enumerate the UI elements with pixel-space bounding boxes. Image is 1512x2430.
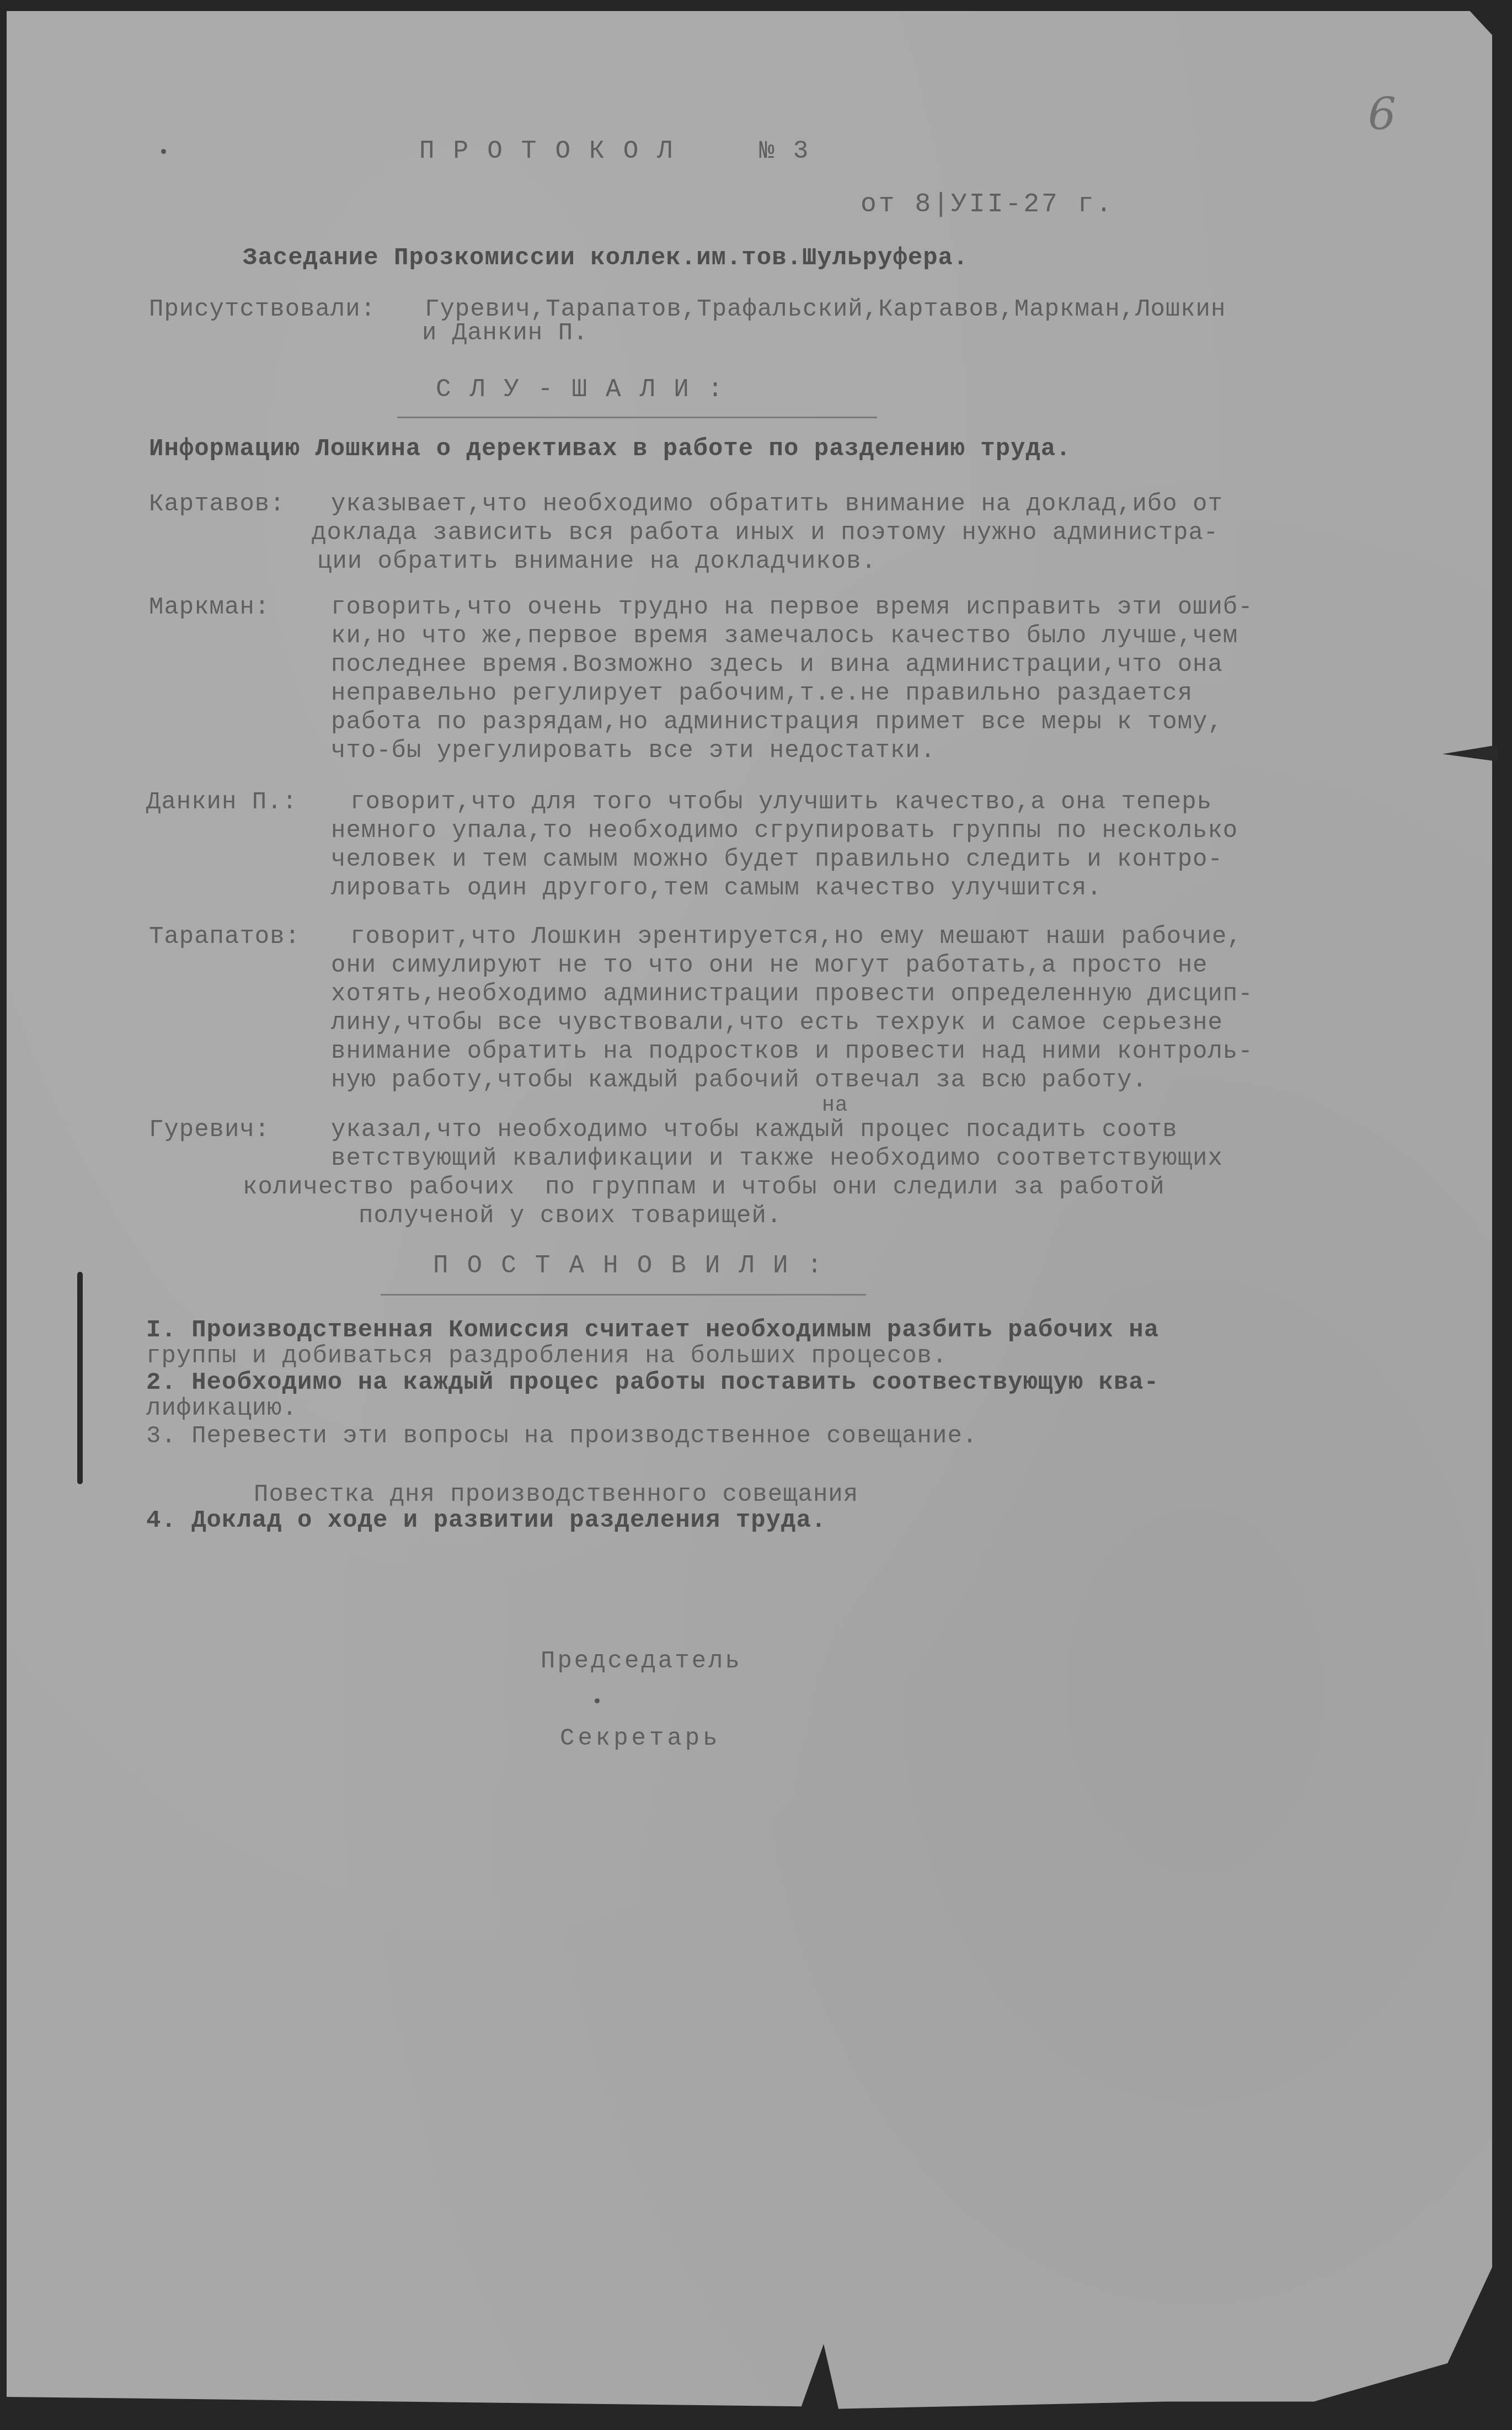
speaker-name: Картавов: (149, 490, 285, 519)
handwritten-page-number: 6 (1368, 88, 1396, 140)
speaker-line: хотять,необходимо администрации провести… (331, 980, 1253, 1009)
document-title: ПРОТОКОЛ №3 (419, 137, 827, 166)
speaker-line: человек и тем самым можно будет правильн… (331, 845, 1223, 874)
meeting-title: Заседание Прозкомиссии коллек.им.тов.Шул… (243, 244, 968, 273)
secretary-label: Секретарь (560, 1724, 721, 1753)
speaker-line: неправельно регулирует рабочим,т.е.не пр… (331, 679, 1193, 708)
speaker-line: работа по разрядам,но администрация прим… (331, 708, 1223, 737)
speaker-name: Гуревич: (149, 1116, 270, 1144)
paper-tear-left (77, 1272, 83, 1484)
speaker-line: ную работу,чтобы каждый рабочий отвечал … (331, 1066, 1147, 1095)
resolved-heading: ПОСТАНОВИЛИ: (433, 1251, 841, 1280)
speaker-line: последнее время.Возможно здесь и вина ад… (331, 651, 1223, 679)
speaker-line: ции обратить внимание на докладчиков. (317, 547, 877, 576)
heading-underline (381, 1294, 866, 1296)
chairman-label: Председатель (541, 1647, 742, 1676)
attendees-list-cont: и Данкин П. (422, 319, 588, 348)
resolution-line: 2. Необходимо на каждый процес работы по… (146, 1368, 1159, 1397)
speaker-line: ки,но что же,первое время замечалось кач… (331, 622, 1238, 651)
resolution-line: лификацию. (146, 1394, 297, 1423)
heard-heading: СЛУ-ШАЛИ: (436, 375, 741, 404)
speaker-line: лину,чтобы все чувствовали,что есть техр… (331, 1009, 1223, 1037)
speaker-line: они симулируют не то что они не могут ра… (331, 951, 1208, 980)
speaker-line: лировать один другого,тем самым качество… (331, 874, 1102, 903)
speaker-line: что-бы урегулировать все эти недостатки. (331, 737, 936, 765)
speaker-line: ветствующий квалификации и также необход… (331, 1144, 1223, 1173)
speaker-name: Тарапатов: (149, 923, 300, 951)
speaker-line: внимание обратить на подростков и провес… (331, 1037, 1253, 1066)
heard-intro: Информацию Лошкина о дерективах в работе… (149, 435, 1071, 463)
agenda-item: 4. Доклад о ходе и развитии разделения т… (146, 1506, 826, 1535)
agenda-heading: Повестка дня производственного совещания (254, 1480, 858, 1509)
speaker-name: Маркман: (149, 593, 270, 622)
document-date: от 8|УII-27 г. (861, 190, 1114, 219)
speaker-line: доклада зависить вся работа иных и поэто… (312, 519, 1219, 547)
heading-underline (397, 417, 877, 418)
speaker-line: немного упала,то необходимо сгрупировать… (331, 817, 1238, 845)
resolution-line: 3. Перевести эти вопросы на производстве… (146, 1422, 977, 1451)
speaker-name: Данкин П.: (146, 788, 297, 817)
ink-dot (161, 149, 166, 154)
attendees-label: Присутствовали: (149, 295, 376, 324)
speaker-line: говорит,что для того чтобы улучшить каче… (350, 788, 1212, 817)
speaker-line: количество рабочих по группам и чтобы он… (243, 1173, 1165, 1202)
speaker-line: говорить,что очень трудно на первое врем… (331, 593, 1253, 622)
speaker-line: указал,что необходимо чтобы каждый проце… (331, 1116, 1178, 1144)
resolution-line: группы и добиваться раздробления на боль… (146, 1342, 947, 1371)
speaker-line: говорит,что Лошкин эрентируется,но ему м… (350, 923, 1242, 951)
ink-dot (595, 1698, 600, 1703)
speaker-line: указывает,что необходимо обратить вниман… (331, 490, 1223, 519)
resolution-line: I. Производственная Комиссия считает нео… (146, 1316, 1159, 1345)
speaker-line: полученой у своих товарищей. (359, 1202, 782, 1230)
